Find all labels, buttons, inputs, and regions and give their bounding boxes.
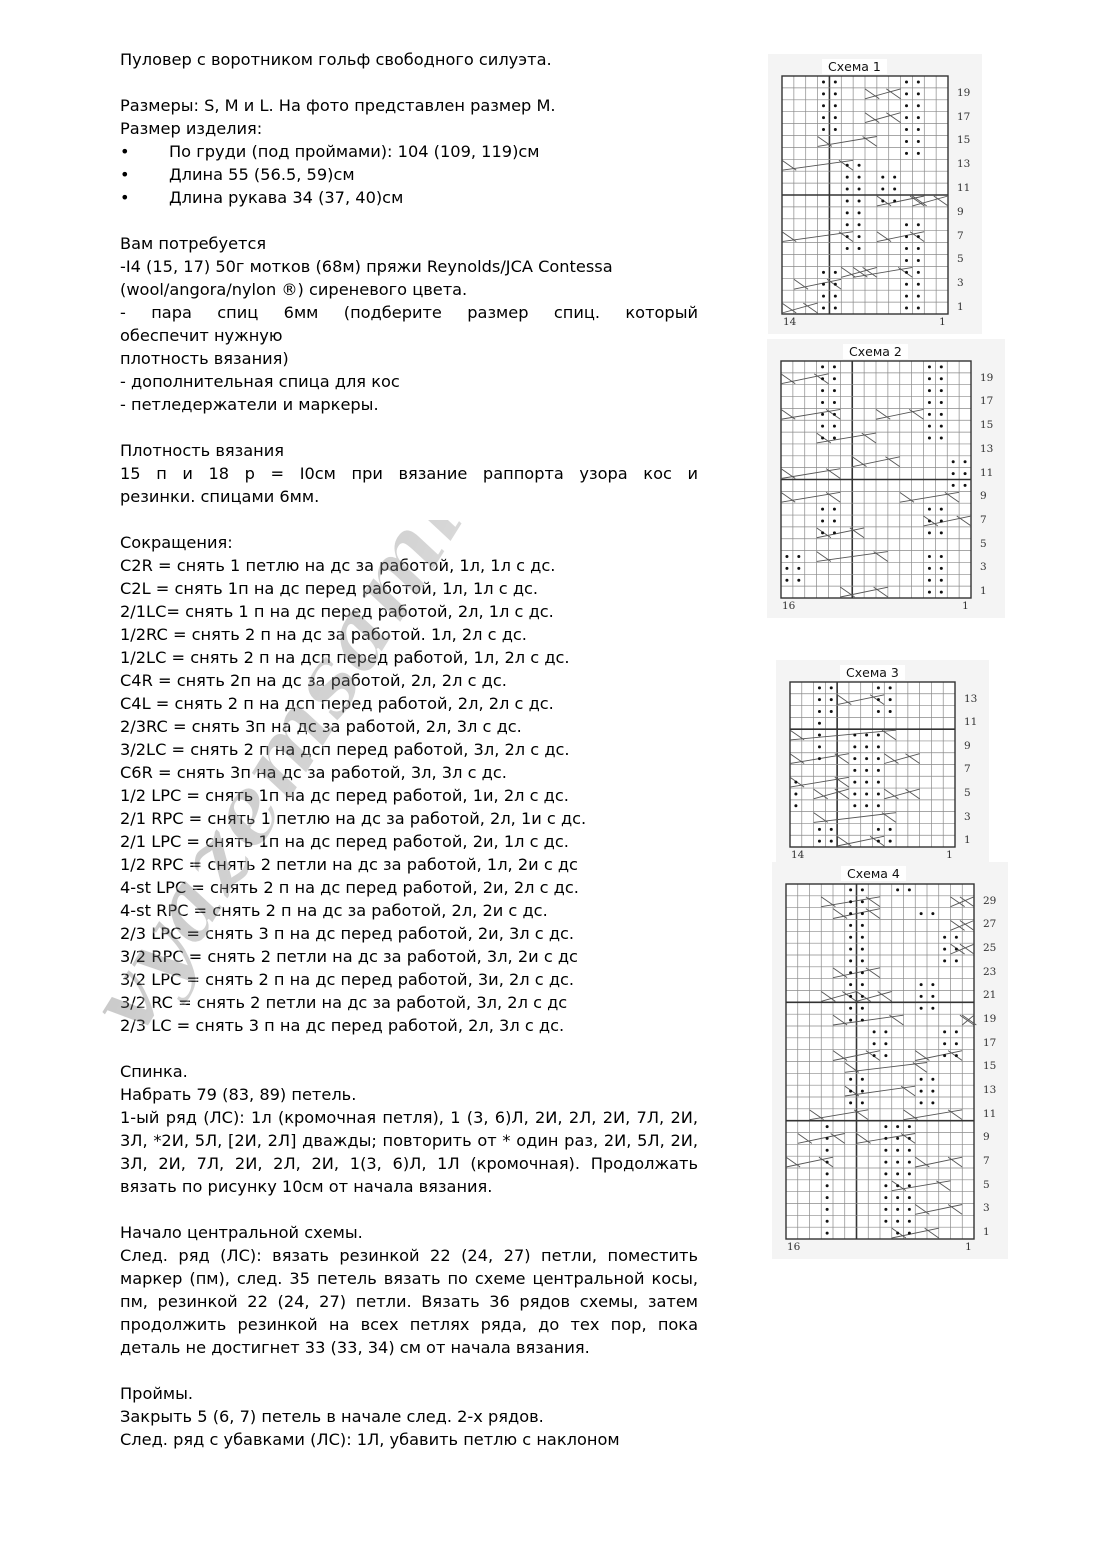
purl-dot	[821, 365, 824, 368]
purl-dot	[896, 1220, 899, 1223]
row-number-label: 13	[983, 1084, 996, 1096]
purl-dot	[905, 259, 908, 262]
purl-dot	[884, 1125, 887, 1128]
purl-dot	[940, 519, 943, 522]
purl-dot	[849, 912, 852, 915]
purl-dot	[896, 1149, 899, 1152]
purl-dot	[834, 271, 837, 274]
purl-dot	[931, 1007, 934, 1010]
purl-dot	[822, 80, 825, 83]
purl-dot	[797, 555, 800, 558]
purl-dot	[797, 579, 800, 582]
purl-dot	[908, 1125, 911, 1128]
purl-dot	[940, 508, 943, 511]
abbreviation-item: C6R = снять 3п на дс за работой, 3л, 3л …	[120, 761, 698, 784]
row-number-label: 15	[957, 134, 970, 146]
purl-dot	[905, 247, 908, 250]
purl-dot	[905, 92, 908, 95]
materials-line: - пара спиц 6мм (подберите размер спиц. …	[120, 301, 698, 324]
purl-dot	[785, 555, 788, 558]
purl-dot	[884, 1220, 887, 1223]
chart-title: Схема 1	[822, 59, 887, 74]
purl-dot	[917, 152, 920, 155]
purl-dot	[818, 722, 821, 725]
purl-dot	[849, 1007, 852, 1010]
abbreviation-item: 1/2LC = снять 2 п на дсп перед работой, …	[120, 646, 698, 669]
materials-line: -I4 (15, 17) 50г мотков (68м) пряжи Reyn…	[120, 255, 698, 278]
purl-dot	[818, 828, 821, 831]
purl-dot	[826, 1232, 829, 1235]
purl-dot	[822, 128, 825, 131]
purl-dot	[940, 567, 943, 570]
purl-dot	[846, 199, 849, 202]
abbreviation-item: C4L = снять 2 п на дсп перед работой, 2л…	[120, 692, 698, 715]
abbreviation-item: 3/2 RPC = снять 2 петли на дс за работой…	[120, 945, 698, 968]
purl-dot	[877, 757, 880, 760]
purl-dot	[865, 769, 868, 772]
column-number-label: 14	[783, 316, 796, 328]
pattern-text: Пуловер с воротником гольф свободного си…	[120, 48, 698, 1451]
row-number-label: 17	[980, 395, 993, 407]
row-number-label: 1	[980, 585, 987, 597]
purl-dot	[865, 757, 868, 760]
purl-dot	[955, 1042, 958, 1045]
purl-dot	[846, 223, 849, 226]
purl-dot	[861, 1101, 864, 1104]
purl-dot	[905, 307, 908, 310]
purl-dot	[952, 484, 955, 487]
purl-dot	[822, 92, 825, 95]
purl-dot	[833, 508, 836, 511]
purl-dot	[896, 1137, 899, 1140]
column-number-label: 16	[782, 600, 795, 612]
bullet-icon: •	[120, 186, 169, 209]
purl-dot	[846, 247, 849, 250]
purl-dot	[794, 804, 797, 807]
purl-dot	[884, 1196, 887, 1199]
row-number-label: 11	[964, 716, 977, 728]
column-number-label: 1	[962, 600, 969, 612]
purl-dot	[920, 995, 923, 998]
purl-dot	[905, 235, 908, 238]
purl-dot	[940, 389, 943, 392]
purl-dot	[943, 959, 946, 962]
abbreviation-item: 3/2LC = снять 2 п на дсп перед работой, …	[120, 738, 698, 761]
purl-dot	[834, 92, 837, 95]
purl-dot	[940, 401, 943, 404]
purl-dot	[861, 924, 864, 927]
purl-dot	[849, 900, 852, 903]
purl-dot	[896, 1184, 899, 1187]
purl-dot	[826, 1137, 829, 1140]
purl-dot	[908, 1220, 911, 1223]
purl-dot	[884, 1149, 887, 1152]
row-number-label: 13	[980, 443, 993, 455]
purl-dot	[893, 188, 896, 191]
armhole-line: След. ряд с убавками (ЛС): 1Л, убавить п…	[120, 1428, 698, 1451]
abbreviation-item: 4-st LPC = снять 2 п на дс перед работой…	[120, 876, 698, 899]
row-number-label: 13	[964, 693, 977, 705]
purl-dot	[889, 686, 892, 689]
row-number-label: 11	[980, 467, 993, 479]
purl-dot	[822, 116, 825, 119]
purl-dot	[846, 211, 849, 214]
purl-dot	[818, 686, 821, 689]
row-number-label: 11	[957, 182, 970, 194]
purl-dot	[785, 567, 788, 570]
purl-dot	[928, 389, 931, 392]
knitting-chart-1: Схема 1135791113151719141	[782, 76, 948, 314]
purl-dot	[905, 152, 908, 155]
purl-dot	[943, 948, 946, 951]
purl-dot	[884, 1137, 887, 1140]
row-number-label: 25	[983, 942, 996, 954]
column-number-label: 1	[965, 1241, 972, 1253]
back-caston: Набрать 79 (83, 89) петель.	[120, 1083, 698, 1106]
row-number-label: 9	[980, 490, 987, 502]
row-number-label: 3	[964, 811, 971, 823]
chart-grid	[782, 76, 948, 314]
purl-dot	[797, 567, 800, 570]
center-heading: Начало центральной схемы.	[120, 1221, 698, 1244]
row-number-label: 27	[983, 918, 996, 930]
purl-dot	[905, 283, 908, 286]
purl-dot	[931, 912, 934, 915]
purl-dot	[940, 437, 943, 440]
purl-dot	[920, 1078, 923, 1081]
bullet-icon: •	[120, 140, 169, 163]
row-number-label: 7	[983, 1155, 990, 1167]
materials-line: плотность вязания)	[120, 347, 698, 370]
purl-dot	[818, 710, 821, 713]
purl-dot	[917, 283, 920, 286]
purl-dot	[896, 1208, 899, 1211]
purl-dot	[908, 1137, 911, 1140]
purl-dot	[849, 1090, 852, 1093]
center-text: След. ряд (ЛС): вязать резинкой 22 (24, …	[120, 1244, 698, 1359]
purl-dot	[873, 1030, 876, 1033]
purl-dot	[920, 912, 923, 915]
row-number-label: 5	[964, 787, 971, 799]
materials-line: обеспечит нужную	[120, 324, 698, 347]
purl-dot	[952, 472, 955, 475]
abbreviations-heading: Сокращения:	[120, 531, 698, 554]
purl-dot	[833, 519, 836, 522]
row-number-label: 3	[980, 561, 987, 573]
purl-dot	[905, 271, 908, 274]
purl-dot	[833, 401, 836, 404]
purl-dot	[917, 80, 920, 83]
dimension-item: •По груди (под проймами): 104 (109, 119)…	[120, 140, 698, 163]
back-heading: Спинка.	[120, 1060, 698, 1083]
purl-dot	[877, 840, 880, 843]
knitting-chart-2: Схема 2135791113151719161	[781, 361, 971, 598]
purl-dot	[896, 1232, 899, 1235]
purl-dot	[830, 828, 833, 831]
purl-dot	[928, 519, 931, 522]
purl-dot	[834, 104, 837, 107]
purl-dot	[830, 686, 833, 689]
purl-dot	[861, 959, 864, 962]
purl-dot	[853, 734, 856, 737]
row-number-label: 17	[983, 1037, 996, 1049]
purl-dot	[858, 223, 861, 226]
purl-dot	[877, 769, 880, 772]
abbreviation-item: 2/3 LPC = снять 3 п на дс перед работой,…	[120, 922, 698, 945]
materials-line: - петледержатели и маркеры.	[120, 393, 698, 416]
purl-dot	[849, 959, 852, 962]
purl-dot	[834, 128, 837, 131]
purl-dot	[821, 413, 824, 416]
purl-dot	[928, 365, 931, 368]
purl-dot	[940, 425, 943, 428]
purl-dot	[928, 377, 931, 380]
purl-dot	[920, 983, 923, 986]
purl-dot	[877, 828, 880, 831]
purl-dot	[889, 828, 892, 831]
purl-dot	[917, 247, 920, 250]
gauge-heading: Плотность вязания	[120, 439, 698, 462]
purl-dot	[873, 1054, 876, 1057]
abbreviation-item: 2/1 LPC = снять 1п на дс перед работой, …	[120, 830, 698, 853]
chart-grid	[781, 361, 971, 598]
purl-dot	[826, 1208, 829, 1211]
purl-dot	[955, 936, 958, 939]
purl-dot	[928, 555, 931, 558]
purl-dot	[964, 472, 967, 475]
abbreviation-item: C2R = снять 1 петлю на дс за работой, 1л…	[120, 554, 698, 577]
purl-dot	[905, 80, 908, 83]
purl-dot	[858, 199, 861, 202]
purl-dot	[893, 199, 896, 202]
purl-dot	[826, 1172, 829, 1175]
purl-dot	[861, 1078, 864, 1081]
row-number-label: 11	[983, 1108, 996, 1120]
purl-dot	[964, 460, 967, 463]
row-number-label: 5	[957, 253, 964, 265]
purl-dot	[905, 128, 908, 131]
purl-dot	[893, 176, 896, 179]
purl-dot	[849, 888, 852, 891]
gauge-text: резинки. спицами 6мм.	[120, 485, 698, 508]
document-title: Пуловер с воротником гольф свободного си…	[120, 48, 698, 71]
purl-dot	[920, 1090, 923, 1093]
purl-dot	[821, 401, 824, 404]
purl-dot	[821, 437, 824, 440]
purl-dot	[821, 425, 824, 428]
purl-dot	[877, 781, 880, 784]
row-number-label: 1	[957, 301, 964, 313]
purl-dot	[833, 389, 836, 392]
purl-dot	[861, 1090, 864, 1093]
purl-dot	[896, 1161, 899, 1164]
abbreviation-item: 1/2 RPC = снять 2 петли на дс за работой…	[120, 853, 698, 876]
purl-dot	[955, 1030, 958, 1033]
purl-dot	[896, 1125, 899, 1128]
purl-dot	[955, 948, 958, 951]
purl-dot	[861, 983, 864, 986]
purl-dot	[940, 555, 943, 558]
abbreviations-list: C2R = снять 1 петлю на дс за работой, 1л…	[120, 554, 698, 1037]
purl-dot	[873, 1042, 876, 1045]
purl-dot	[849, 983, 852, 986]
purl-dot	[955, 959, 958, 962]
row-number-label: 9	[964, 740, 971, 752]
purl-dot	[822, 307, 825, 310]
abbreviation-item: 2/1 RPC = снять 1 петлю на дс за работой…	[120, 807, 698, 830]
purl-dot	[822, 295, 825, 298]
abbreviation-item: 2/3 LC = снять 3 п на дс перед работой, …	[120, 1014, 698, 1037]
materials-line: - дополнительная спица для кос	[120, 370, 698, 393]
purl-dot	[834, 116, 837, 119]
dimensions-heading: Размер изделия:	[120, 117, 698, 140]
purl-dot	[877, 686, 880, 689]
purl-dot	[917, 116, 920, 119]
abbreviation-item: 4-st RPC = снять 2 п на дс за работой, 2…	[120, 899, 698, 922]
purl-dot	[785, 579, 788, 582]
purl-dot	[908, 1196, 911, 1199]
purl-dot	[818, 734, 821, 737]
purl-dot	[833, 377, 836, 380]
purl-dot	[794, 781, 797, 784]
purl-dot	[830, 710, 833, 713]
purl-dot	[858, 235, 861, 238]
purl-dot	[822, 104, 825, 107]
purl-dot	[917, 128, 920, 131]
purl-dot	[826, 1125, 829, 1128]
row-number-label: 7	[980, 514, 987, 526]
row-number-label: 1	[964, 834, 971, 846]
purl-dot	[826, 1184, 829, 1187]
purl-dot	[865, 745, 868, 748]
purl-dot	[896, 888, 899, 891]
knitting-chart-4: Схема 41357911131517192123252729161	[786, 884, 974, 1239]
purl-dot	[818, 840, 821, 843]
purl-dot	[896, 1172, 899, 1175]
purl-dot	[849, 1019, 852, 1022]
purl-dot	[896, 1196, 899, 1199]
purl-dot	[849, 948, 852, 951]
purl-dot	[908, 1208, 911, 1211]
purl-dot	[858, 164, 861, 167]
purl-dot	[853, 792, 856, 795]
purl-dot	[826, 1149, 829, 1152]
purl-dot	[884, 1030, 887, 1033]
row-number-label: 5	[983, 1179, 990, 1191]
purl-dot	[905, 116, 908, 119]
abbreviation-item: 1/2RC = снять 2 п на дс за работой. 1л, …	[120, 623, 698, 646]
purl-dot	[821, 531, 824, 534]
purl-dot	[822, 271, 825, 274]
purl-dot	[834, 80, 837, 83]
purl-dot	[853, 769, 856, 772]
purl-dot	[884, 1208, 887, 1211]
purl-dot	[908, 888, 911, 891]
materials-heading: Вам потребуется	[120, 232, 698, 255]
purl-dot	[943, 936, 946, 939]
purl-dot	[877, 792, 880, 795]
purl-dot	[928, 437, 931, 440]
purl-dot	[861, 1007, 864, 1010]
purl-dot	[865, 734, 868, 737]
purl-dot	[905, 104, 908, 107]
abbreviation-item: 3/2 LPC = снять 2 п на дс перед работой,…	[120, 968, 698, 991]
sizes-line: Размеры: S, M и L. На фото представлен р…	[120, 94, 698, 117]
purl-dot	[940, 413, 943, 416]
row-number-label: 7	[957, 230, 964, 242]
purl-dot	[881, 199, 884, 202]
row-number-label: 9	[983, 1131, 990, 1143]
purl-dot	[884, 1172, 887, 1175]
row-number-label: 23	[983, 966, 996, 978]
chart-title: Схема 4	[841, 866, 906, 881]
purl-dot	[889, 840, 892, 843]
purl-dot	[905, 140, 908, 143]
column-number-label: 16	[787, 1241, 800, 1253]
purl-dot	[858, 188, 861, 191]
purl-dot	[917, 295, 920, 298]
chart-grid	[786, 884, 974, 1239]
purl-dot	[964, 484, 967, 487]
purl-dot	[846, 188, 849, 191]
purl-dot	[931, 1090, 934, 1093]
purl-dot	[877, 745, 880, 748]
purl-dot	[826, 1196, 829, 1199]
purl-dot	[940, 579, 943, 582]
purl-dot	[928, 567, 931, 570]
purl-dot	[830, 840, 833, 843]
purl-dot	[940, 365, 943, 368]
purl-dot	[846, 235, 849, 238]
chart-title: Схема 2	[843, 344, 908, 359]
purl-dot	[928, 579, 931, 582]
abbreviation-item: 1/2 LPC = снять 1п на дс перед работой, …	[120, 784, 698, 807]
purl-dot	[861, 912, 864, 915]
purl-dot	[833, 365, 836, 368]
purl-dot	[826, 1161, 829, 1164]
purl-dot	[794, 792, 797, 795]
purl-dot	[917, 104, 920, 107]
row-number-label: 7	[964, 763, 971, 775]
purl-dot	[853, 804, 856, 807]
purl-dot	[881, 176, 884, 179]
row-number-label: 19	[983, 1013, 996, 1025]
purl-dot	[917, 307, 920, 310]
purl-dot	[920, 1101, 923, 1104]
purl-dot	[821, 508, 824, 511]
purl-dot	[821, 377, 824, 380]
purl-dot	[821, 389, 824, 392]
armhole-heading: Проймы.	[120, 1382, 698, 1405]
abbreviation-item: 3/2 RC = снять 2 петли на дс за работой,…	[120, 991, 698, 1014]
abbreviation-item: 2/1LC= снять 1 п на дс перед работой, 2л…	[120, 600, 698, 623]
purl-dot	[940, 531, 943, 534]
purl-dot	[877, 698, 880, 701]
dimension-item: •Длина рукава 34 (37, 40)см	[120, 186, 698, 209]
purl-dot	[858, 211, 861, 214]
purl-dot	[928, 508, 931, 511]
purl-dot	[849, 971, 852, 974]
purl-dot	[952, 460, 955, 463]
purl-dot	[834, 307, 837, 310]
row-number-label: 19	[957, 87, 970, 99]
row-number-label: 15	[980, 419, 993, 431]
purl-dot	[884, 1042, 887, 1045]
purl-dot	[877, 804, 880, 807]
purl-dot	[917, 92, 920, 95]
purl-dot	[928, 413, 931, 416]
purl-dot	[877, 710, 880, 713]
